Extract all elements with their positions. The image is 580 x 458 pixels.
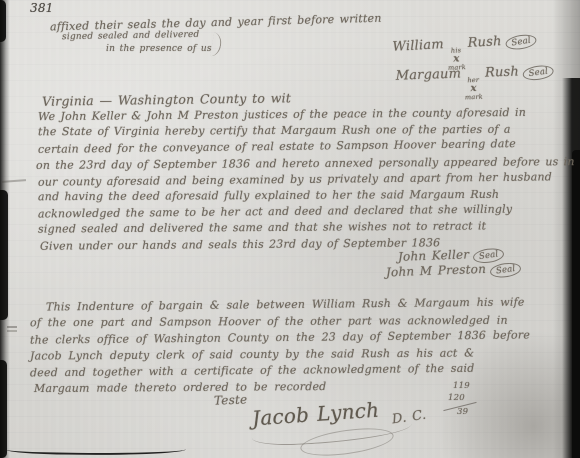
certificate-line: the State of Virginia hereby certify tha…: [38, 123, 511, 138]
attestation-interline: signed sealed and delivered: [62, 30, 200, 42]
certificate-line: and having the deed aforesaid fully expl…: [38, 188, 499, 203]
scanned-deed-page: 381 affixed their seals the day and year…: [0, 0, 580, 458]
recordation-line: This Indenture of bargain & sale between…: [46, 295, 525, 313]
attestation-line: affixed their seals the day and year fir…: [50, 12, 382, 34]
seal-badge: Seal: [522, 64, 555, 82]
margin-number: 120: [448, 393, 465, 403]
brace-flourish: [210, 32, 223, 57]
seal-badge: Seal: [489, 261, 522, 279]
signer-last-name: Rush: [485, 64, 520, 80]
certificate-line: We John Keller & John M Preston justices…: [38, 106, 526, 123]
certificate-line: on the 23rd day of September 1836 and he…: [36, 155, 575, 172]
signature-john-m-preston: John M PrestonSeal: [386, 261, 522, 282]
recordation-line: Jacob Lynch deputy clerk of said county …: [30, 346, 474, 362]
margin-stray-mark: [7, 326, 17, 328]
justice-name: John Keller: [398, 247, 470, 263]
recordation-line: deed and together with a certificate of …: [30, 362, 475, 380]
certificate-heading: Virginia — Washington County to wit: [42, 90, 291, 108]
justice-name: John M Preston: [386, 262, 486, 279]
teste-label: Teste: [214, 392, 248, 407]
certificate-line: signed sealed and delivered the same and…: [38, 219, 486, 235]
recordation-line: Margaum made thereto ordered to be recor…: [34, 380, 326, 395]
seal-badge: Seal: [505, 33, 538, 52]
margin-number: 119: [453, 381, 470, 391]
margin-stray-mark: [2, 179, 26, 183]
margin-calculation: 119 120 39: [443, 381, 487, 423]
binding-blotch: [0, 190, 8, 320]
page-number: 381: [30, 1, 54, 15]
attestation-witness-line: in the presence of us: [106, 44, 212, 54]
certificate-line: certain deed for the conveyance of real …: [38, 137, 516, 156]
signer-first-name: William: [392, 37, 444, 55]
recordation-line: the clerks office of Washington County o…: [30, 328, 530, 346]
certificate-line: acknowledged the same to be her act and …: [38, 203, 512, 221]
page-edge-right-dark: [572, 150, 580, 458]
recordation-line: of the one part and Sampson Hoover of th…: [30, 314, 508, 330]
margin-number: 39: [457, 407, 468, 417]
certificate-line: our county aforesaid and being examined …: [38, 170, 552, 188]
certificate-line: Given under our hands and seals this 23r…: [40, 236, 440, 252]
her-mark: herxmark: [464, 77, 483, 101]
page-fold-line: [6, 443, 186, 456]
binding-blotch: [0, 0, 6, 42]
signature-margaum-rush: MargaumherxmarkRushSeal: [395, 63, 555, 103]
signer-last-name: Rush: [467, 34, 502, 51]
signer-first-name: Margaum: [395, 66, 461, 83]
